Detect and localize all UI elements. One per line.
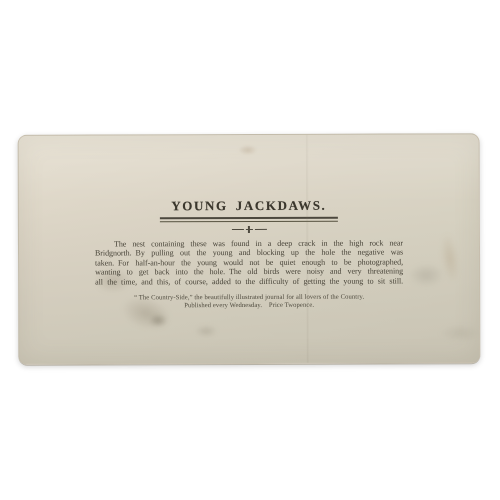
stain: [191, 323, 221, 339]
cross-icon: [245, 225, 252, 232]
stereoview-card-back: YOUNG JACKDAWS. The nest containing thes…: [18, 133, 481, 365]
stain: [145, 311, 171, 329]
imprint-line: Published every Wednesday. Price Twopenc…: [19, 301, 479, 311]
title-double-rule: [160, 217, 338, 223]
ornament-right-wing: [254, 228, 266, 229]
photo-background: YOUNG JACKDAWS. The nest containing thes…: [0, 0, 500, 500]
winged-cross-ornament-icon: [19, 224, 479, 234]
stain: [433, 322, 480, 344]
publisher-imprint: “ The Country-Side,” the beautifully ill…: [19, 293, 479, 311]
ornament-left-wing: [231, 229, 243, 230]
printed-text-block: YOUNG JACKDAWS. The nest containing thes…: [19, 134, 480, 311]
body-line: wanting to get back into the hole. The o…: [95, 267, 403, 277]
body-line: all the time, and this, of course, added…: [95, 276, 403, 286]
description-paragraph: The nest containing these was found in a…: [95, 238, 403, 286]
card-title: YOUNG JACKDAWS.: [19, 197, 479, 215]
